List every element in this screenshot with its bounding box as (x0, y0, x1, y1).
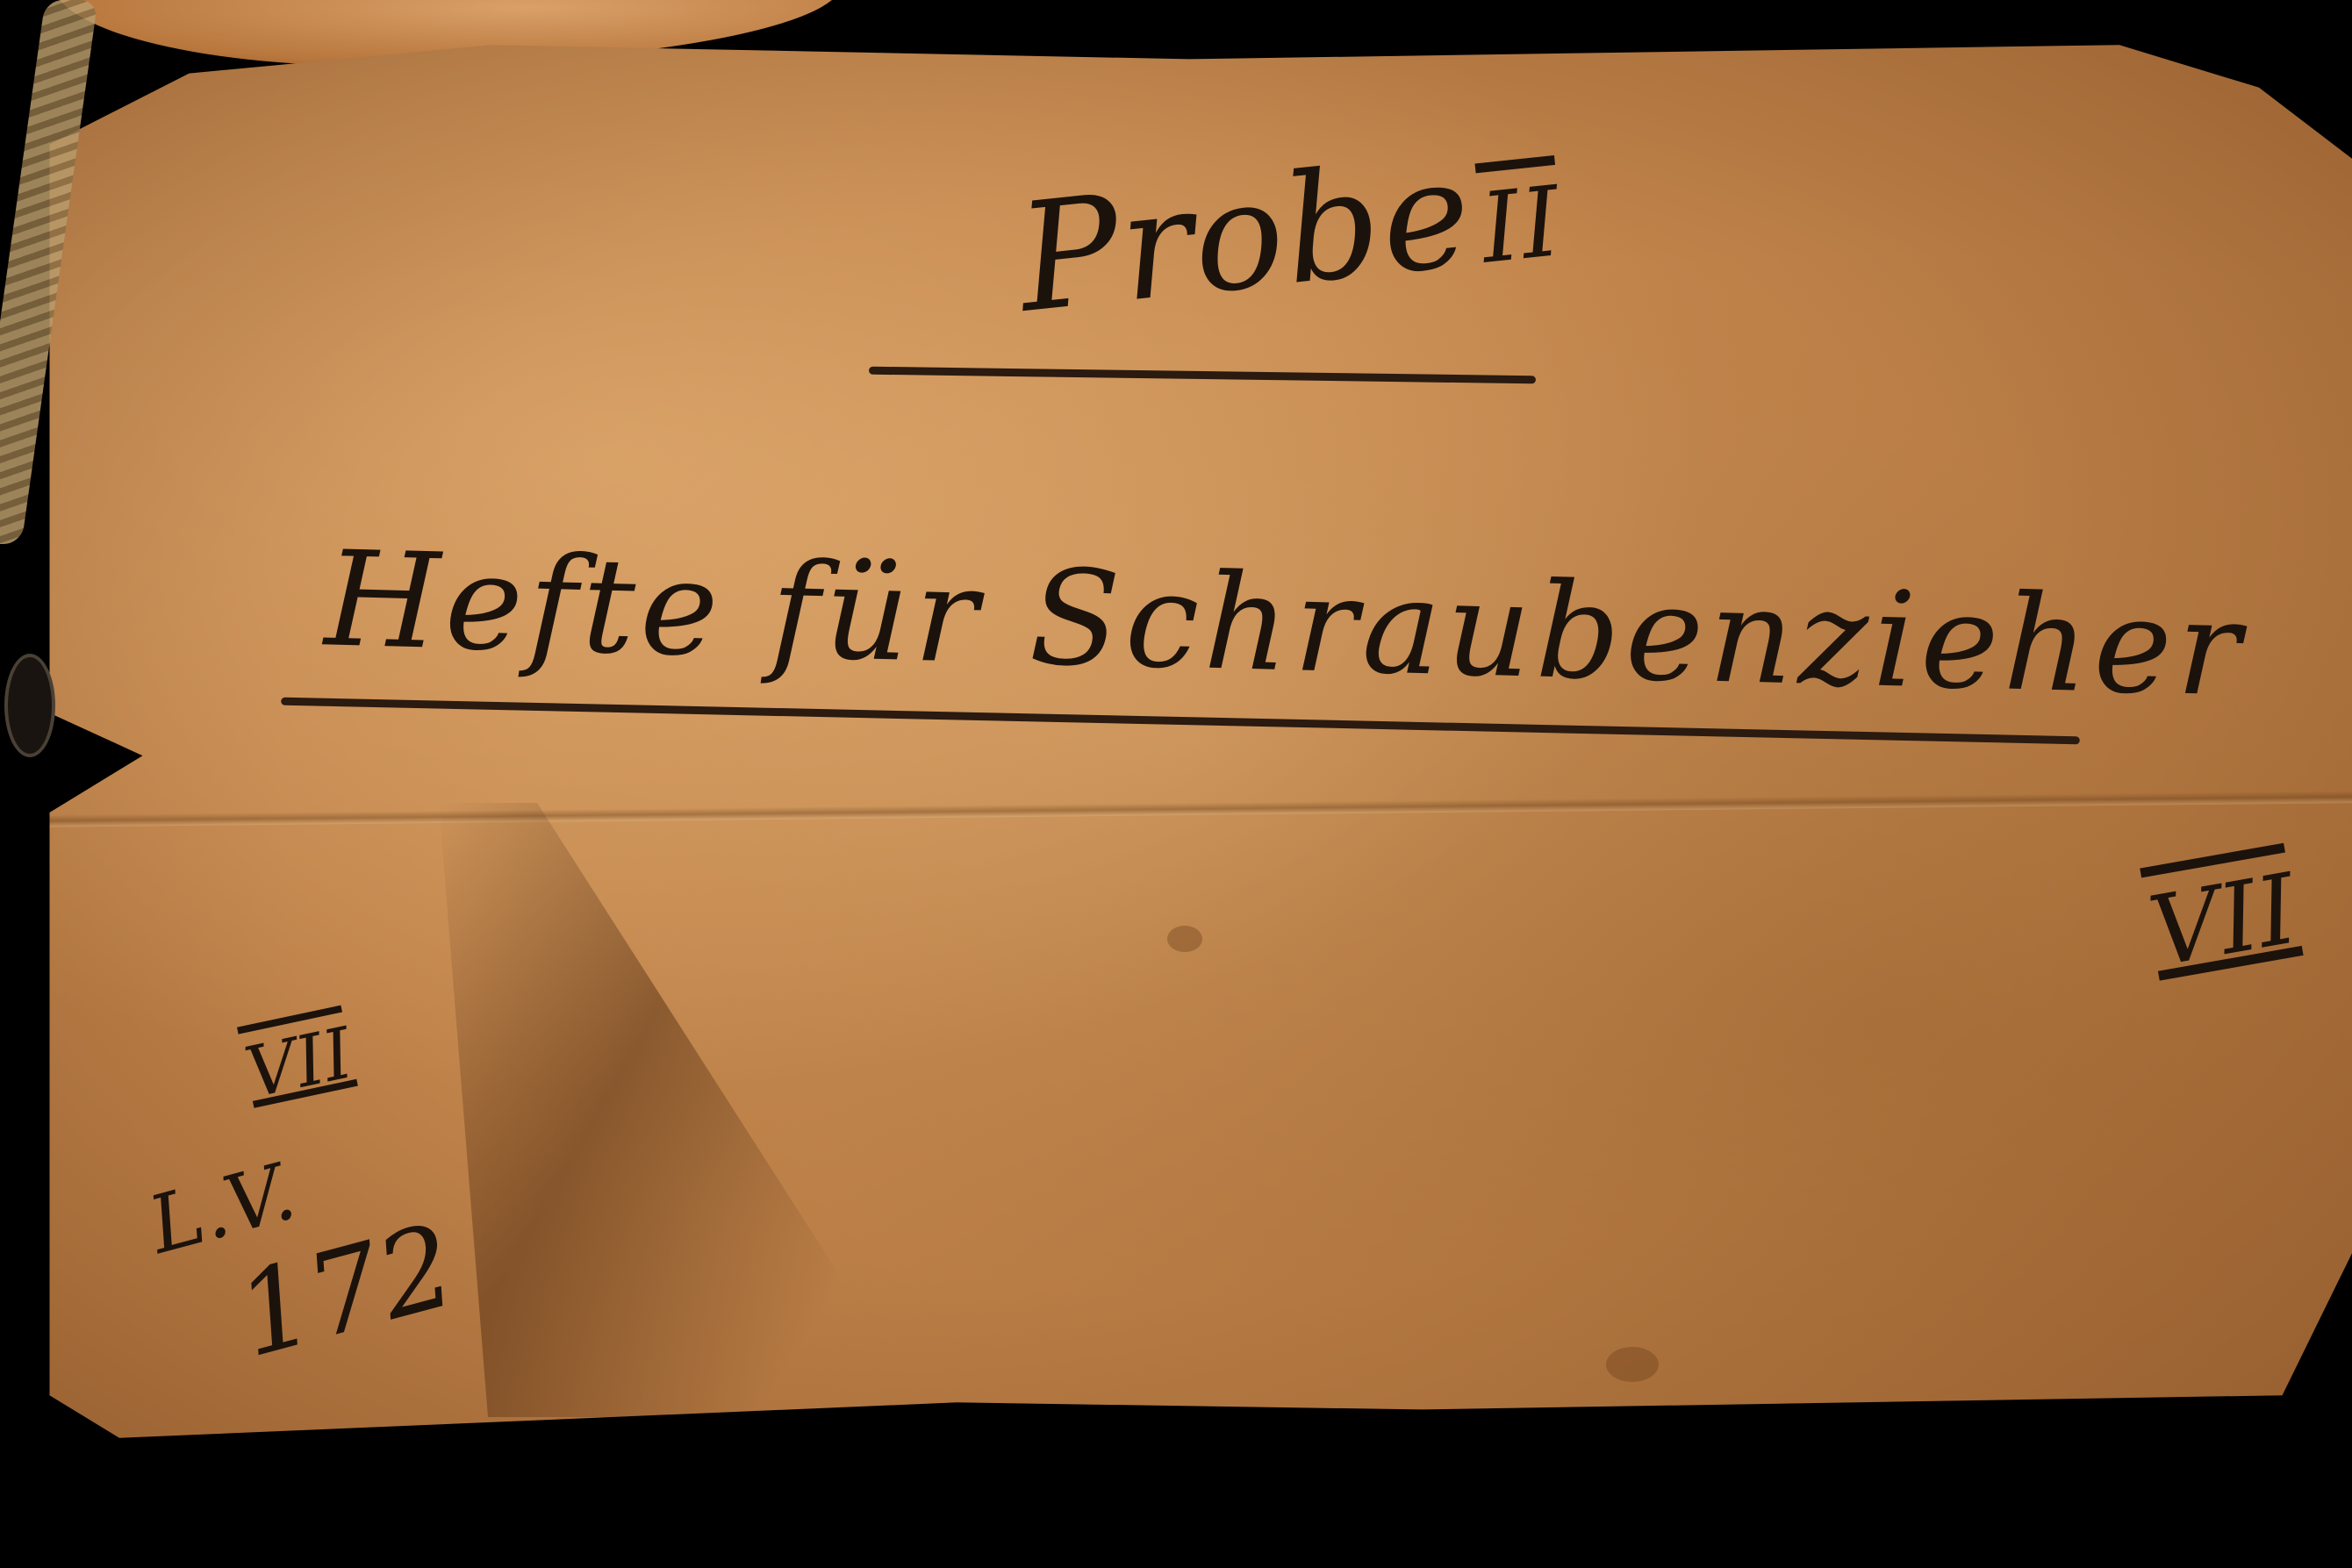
title-underline (869, 367, 1536, 384)
title-text: Probe (1010, 126, 1480, 347)
label-main-text: Hefte für Schraubenzieher (323, 523, 2248, 726)
lower-left-numeral: VII (239, 1012, 360, 1113)
paper-crease (26, 791, 2352, 827)
eyelet-grommet (4, 654, 55, 757)
title-numeral: II (1476, 165, 1567, 285)
label-title: ProbeII (1010, 117, 1568, 347)
fold-shadow (439, 803, 930, 1417)
stain (1606, 1347, 1659, 1382)
right-numeral: VII (2141, 853, 2305, 989)
stain (1167, 926, 1202, 952)
paper-label: ProbeII Hefte für Schraubenzieher VII VI… (26, 31, 2352, 1452)
